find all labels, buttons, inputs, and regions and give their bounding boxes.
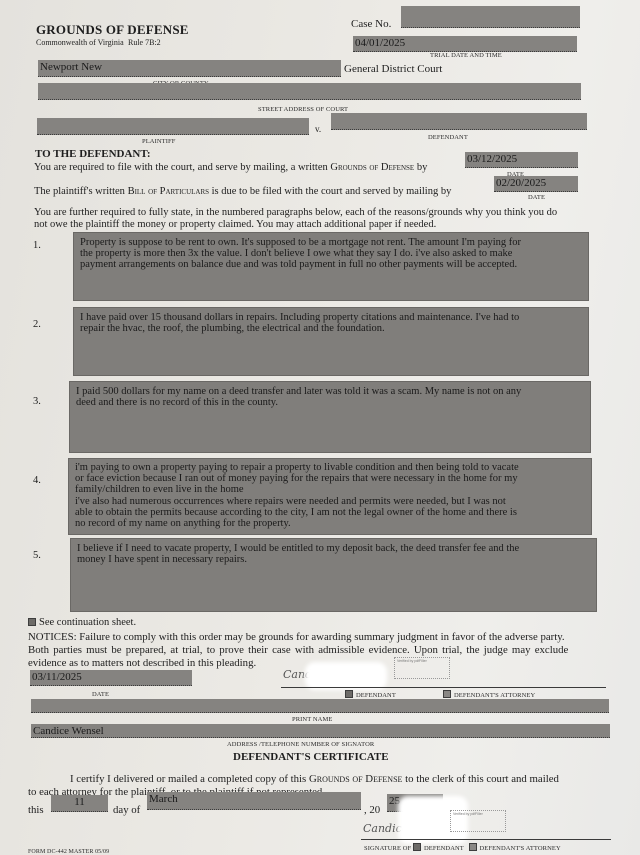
certificate-text-line: I certify I delivered or mailed a comple…	[70, 773, 559, 785]
print-name-field[interactable]	[31, 699, 609, 713]
trial-date-caption: TRIAL DATE AND TIME	[430, 52, 502, 59]
print-name-caption: PRINT NAME	[292, 716, 332, 723]
form-title: GROUNDS OF DEFENSE	[36, 22, 189, 38]
plaintiff-field[interactable]	[37, 118, 309, 135]
text-segment: Grounds of Defense	[309, 773, 402, 785]
verification-stamp: Verified by pdfFiller	[450, 810, 506, 832]
text-segment: by	[414, 162, 427, 173]
defendant-caption: DEFENDANT	[428, 134, 468, 141]
attorney-role-option[interactable]: DEFENDANT'S ATTORNEY	[443, 690, 535, 699]
signature-line	[361, 839, 611, 840]
ground-text-field[interactable]: i'm paying to own a property paying to r…	[68, 458, 592, 535]
role-label: DEFENDANT'S ATTORNEY	[454, 692, 535, 699]
address-telephone-field[interactable]: Candice Wensel	[31, 724, 610, 738]
checkbox-icon[interactable]	[443, 690, 451, 698]
ground-text-field[interactable]: I have paid over 15 thousand dollars in …	[73, 307, 589, 376]
date-caption: DATE	[92, 691, 109, 698]
text-segment: Bill of Particulars	[128, 186, 209, 197]
street-address-field[interactable]	[38, 83, 581, 100]
notice-line: NOTICES: Failure to comply with this ord…	[28, 631, 565, 643]
this-label: this	[28, 804, 44, 816]
to-defendant-heading: TO THE DEFENDANT:	[35, 148, 151, 160]
ground-number: 4.	[33, 475, 41, 486]
certificate-day-field[interactable]: 11	[51, 795, 108, 812]
checkbox-icon[interactable]	[469, 843, 477, 851]
grounds-requirement-text: You are required to file with the court,…	[34, 162, 427, 173]
ground-text-field[interactable]: I believe if I need to vacate property, …	[70, 538, 597, 612]
address-telephone-caption: ADDRESS /TELEPHONE NUMBER OF SIGNATOR	[227, 741, 374, 748]
instructions-text-line: not owe the plaintiff the money or prope…	[34, 219, 436, 230]
continuation-sheet-option[interactable]: See continuation sheet.	[28, 617, 136, 628]
ground-number: 3.	[33, 396, 41, 407]
case-no-field[interactable]	[401, 6, 580, 28]
ground-number: 2.	[33, 319, 41, 330]
day-of-label: day of	[113, 804, 140, 816]
continuation-label: See continuation sheet.	[39, 617, 136, 628]
form-id: FORM DC-442 MASTER 05/09	[28, 849, 109, 855]
certificate-heading: DEFENDANT'S CERTIFICATE	[233, 751, 389, 763]
text-segment: I certify I delivered or mailed a comple…	[70, 773, 309, 785]
year-prefix-label: , 20	[364, 804, 380, 816]
date-caption: DATE	[528, 194, 545, 201]
jurisdiction: Commonwealth of Virginia	[36, 38, 124, 47]
verification-stamp: Verified by pdfFiller	[394, 657, 450, 679]
ground-text-field[interactable]: Property is suppose to be rent to own. I…	[73, 232, 589, 301]
text-segment: is due to be filed with the court and se…	[209, 186, 451, 197]
particulars-due-date-field[interactable]: 02/20/2025	[494, 176, 578, 192]
role-label: DEFENDANT	[356, 692, 396, 699]
court-label: General District Court	[344, 63, 442, 75]
versus-label: v.	[315, 124, 321, 134]
notice-line: evidence as to matters not described in …	[28, 657, 256, 669]
role-label: DEFENDANT	[424, 845, 464, 852]
text-segment: The plaintiff's written	[34, 186, 128, 197]
signature-date-field[interactable]: 03/11/2025	[30, 670, 192, 686]
particulars-requirement-text: The plaintiff's written Bill of Particul…	[34, 186, 451, 197]
text-segment: You are required to file with the court,…	[34, 162, 330, 173]
certificate-month-field[interactable]: March	[147, 792, 361, 810]
city-field[interactable]: Newport New	[38, 60, 341, 77]
text-segment: to the clerk of this court and mailed	[402, 773, 559, 785]
plaintiff-caption: PLAINTIFF	[142, 138, 175, 145]
ground-number: 5.	[33, 550, 41, 561]
checkbox-checked-icon[interactable]	[413, 843, 421, 851]
text-segment: Grounds of Defense	[330, 162, 414, 173]
signature-of-label: SIGNATURE OF	[364, 845, 411, 852]
rule-number: Rule 7B:2	[128, 38, 161, 47]
signature-line	[281, 687, 606, 688]
case-no-label: Case No.	[351, 18, 391, 30]
role-label: DEFENDANT'S ATTORNEY	[480, 845, 561, 852]
ground-number: 1.	[33, 240, 41, 251]
notice-line: Both parties must be prepared, at trial,…	[28, 644, 568, 656]
defendant-role-option[interactable]: DEFENDANT	[345, 690, 396, 699]
checkbox-checked-icon[interactable]	[345, 690, 353, 698]
trial-date-field[interactable]: 04/01/2025	[353, 36, 577, 52]
ground-text-field[interactable]: I paid 500 dollars for my name on a deed…	[69, 381, 591, 453]
defendant-field[interactable]	[331, 113, 587, 130]
grounds-due-date-field[interactable]: 03/12/2025	[465, 152, 578, 168]
street-address-caption: STREET ADDRESS OF COURT	[258, 106, 348, 113]
checkbox-checked-icon[interactable]	[28, 618, 36, 626]
redaction-mark	[305, 662, 387, 690]
certificate-signature-caption: SIGNATURE OF DEFENDANT DEFENDANT'S ATTOR…	[364, 843, 561, 852]
instructions-text-line: You are further required to fully state,…	[34, 207, 557, 218]
